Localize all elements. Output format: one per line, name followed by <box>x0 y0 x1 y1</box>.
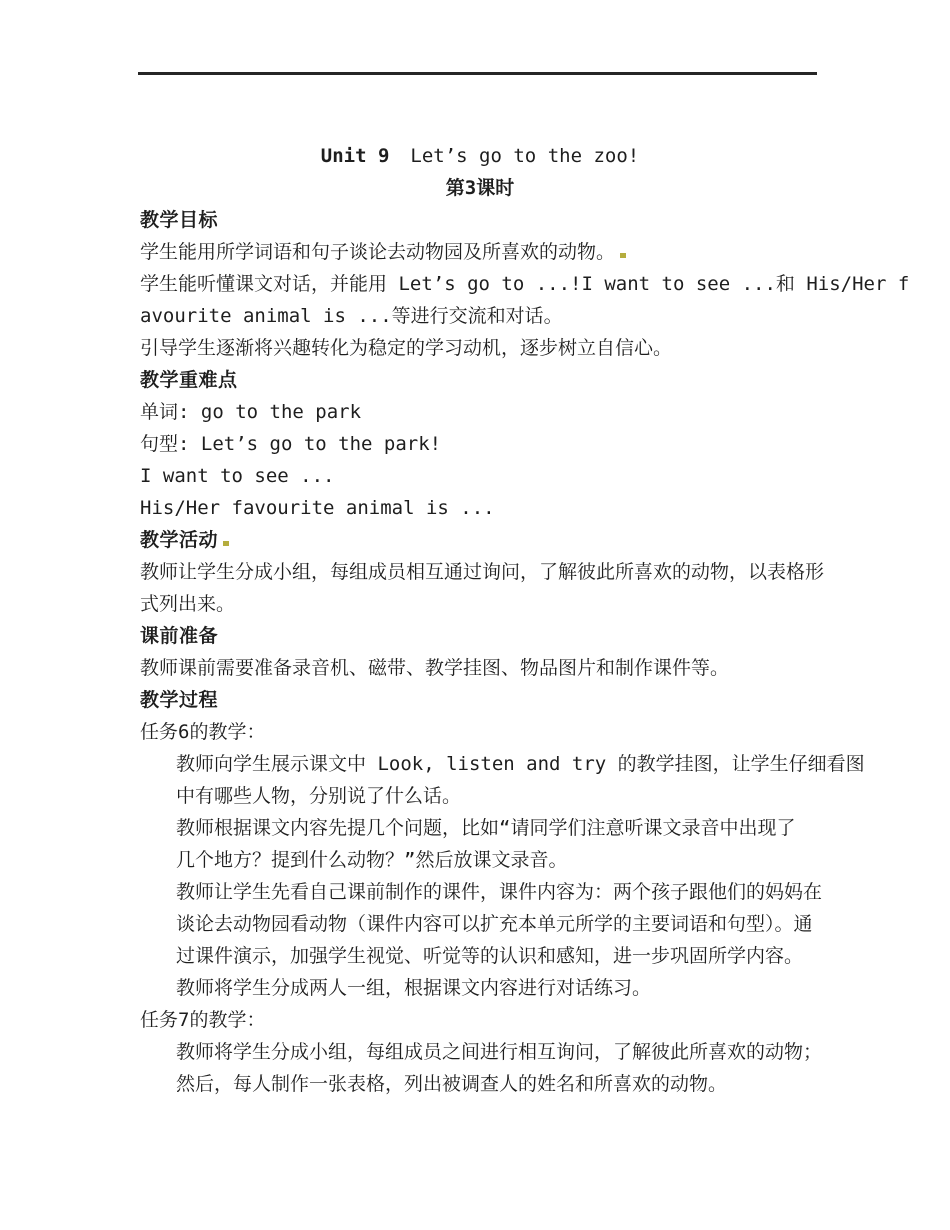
paragraph-pattern-want: I want to see ... <box>140 460 820 492</box>
doc-title: Unit 9Let’s go to the zoo! <box>140 140 820 172</box>
paragraph-task6-step2: 教师根据课文内容先提几个问题，比如“请同学们注意听课文录音中出现了 几个地方？提… <box>140 812 820 876</box>
paragraph-preparation: 教师课前需要准备录音机、磁带、教学挂图、物品图片和制作课件等。 <box>140 652 820 684</box>
doc-title-text: Let’s go to the zoo! <box>410 145 639 167</box>
proof-mark-icon <box>223 541 229 546</box>
paragraph-objective-1: 学生能用所学词语和句子谈论去动物园及所喜欢的动物。 <box>140 236 820 268</box>
paragraph-objective-2: 学生能听懂课文对话，并能用 Let’s go to ...!I want to … <box>140 268 820 332</box>
heading-teaching-process: 教学过程 <box>140 684 820 716</box>
paragraph-task7-step1: 教师将学生分成小组，每组成员之间进行相互询问，了解彼此所喜欢的动物； 然后，每人… <box>140 1036 820 1100</box>
paragraph-task6-label: 任务6的教学： <box>140 716 820 748</box>
paragraph-task7-label: 任务7的教学： <box>140 1004 820 1036</box>
doc-subtitle: 第3课时 <box>140 172 820 204</box>
heading-text: 教学活动 <box>140 529 218 551</box>
paragraph-task6-step1: 教师向学生展示课文中 Look, listen and try 的教学挂图，让学… <box>140 748 820 812</box>
paragraph-task6-step4: 教师将学生分成两人一组，根据课文内容进行对话练习。 <box>140 972 820 1004</box>
paragraph-activity: 教师让学生分成小组，每组成员相互通过询问，了解彼此所喜欢的动物，以表格形 式列出… <box>140 556 820 620</box>
proof-mark-icon <box>620 253 626 258</box>
doc-title-unit: Unit 9 <box>321 145 390 167</box>
document-content: Unit 9Let’s go to the zoo! 第3课时 教学目标 学生能… <box>140 140 820 1100</box>
heading-preparation: 课前准备 <box>140 620 820 652</box>
heading-teaching-activities: 教学活动 <box>140 524 820 556</box>
paragraph-objective-3: 引导学生逐渐将兴趣转化为稳定的学习动机，逐步树立自信心。 <box>140 332 820 364</box>
paragraph-text: 学生能用所学词语和句子谈论去动物园及所喜欢的动物。 <box>140 241 615 263</box>
paragraph-sentence-pattern: 句型: Let’s go to the park! <box>140 428 820 460</box>
heading-teaching-objectives: 教学目标 <box>140 204 820 236</box>
header-rule <box>138 72 817 75</box>
paragraph-task6-step3: 教师让学生先看自己课前制作的课件，课件内容为：两个孩子跟他们的妈妈在 谈论去动物… <box>140 876 820 972</box>
document-page: Unit 9Let’s go to the zoo! 第3课时 教学目标 学生能… <box>0 0 950 1230</box>
paragraph-words: 单词: go to the park <box>140 396 820 428</box>
paragraph-pattern-favourite: His/Her favourite animal is ... <box>140 492 820 524</box>
heading-key-points: 教学重难点 <box>140 364 820 396</box>
